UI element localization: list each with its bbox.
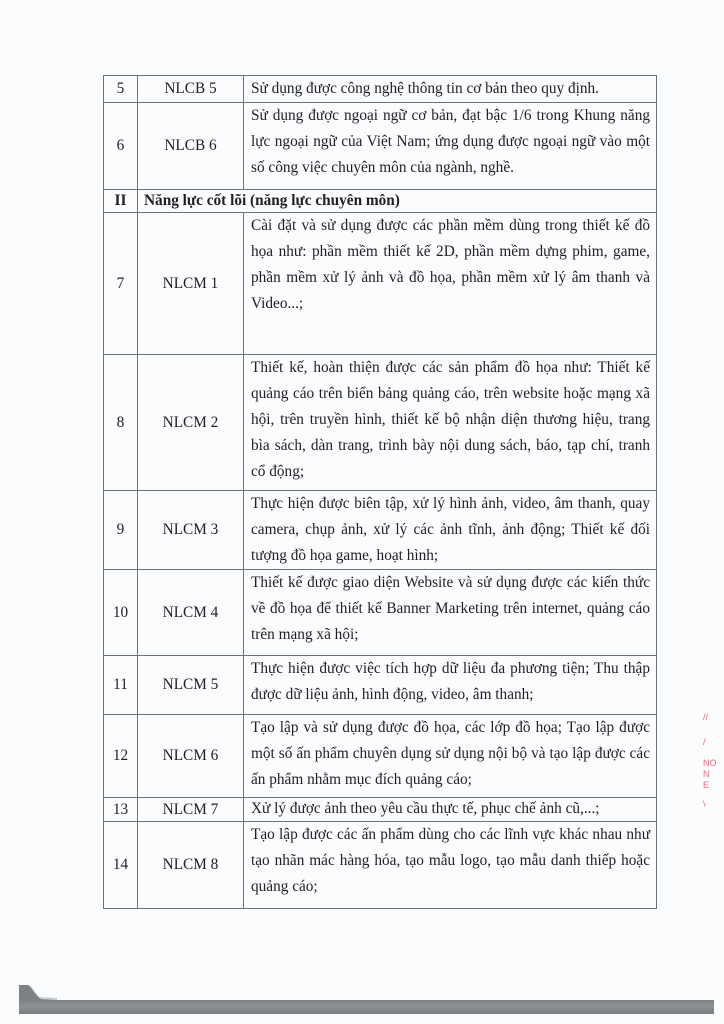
table-row: 7 NLCM 1 Cài đặt và sử dụng được các phầ… <box>104 213 657 355</box>
row-number: 5 <box>104 76 138 103</box>
stamp-text: // <box>703 712 724 723</box>
competency-description: Thiết kế, hoàn thiện được các sản phẩm đ… <box>244 355 657 491</box>
competency-code: NLCM 6 <box>138 715 244 798</box>
stamp-text: N <box>703 769 724 780</box>
table-row: 6 NLCB 6 Sử dụng được ngoại ngữ cơ bản, … <box>104 103 657 190</box>
red-stamp-fragment: // / NO N E \ <box>703 712 724 827</box>
competency-description: Thiết kế được giao diện Website và sử dụ… <box>244 570 657 656</box>
competency-description: Thực hiện được việc tích hợp dữ liệu đa … <box>244 656 657 715</box>
section-title: Năng lực cốt lõi (năng lực chuyên môn) <box>138 190 657 213</box>
competency-description: Sử dụng được ngoại ngữ cơ bản, đạt bậc 1… <box>244 103 657 190</box>
competency-code: NLCM 5 <box>138 656 244 715</box>
stamp-text: / <box>703 737 724 748</box>
table-row: 11 NLCM 5 Thực hiện được việc tích hợp d… <box>104 656 657 715</box>
table-row: 12 NLCM 6 Tạo lập và sử dụng được đồ họa… <box>104 715 657 798</box>
competency-code: NLCB 6 <box>138 103 244 190</box>
competency-description: Thực hiện được biên tập, xử lý hình ảnh,… <box>244 491 657 570</box>
row-number: 14 <box>104 822 138 909</box>
stamp-text: E <box>703 780 724 791</box>
document-page: 5 NLCB 5 Sử dụng được công nghệ thông ti… <box>0 0 724 1024</box>
table-row: 5 NLCB 5 Sử dụng được công nghệ thông ti… <box>104 76 657 103</box>
competency-code: NLCM 2 <box>138 355 244 491</box>
table-row: 10 NLCM 4 Thiết kế được giao diện Websit… <box>104 570 657 656</box>
competency-code: NLCB 5 <box>138 76 244 103</box>
stamp-text: \ <box>703 799 724 810</box>
row-number: 8 <box>104 355 138 491</box>
footer-band <box>19 1000 714 1014</box>
row-number: 9 <box>104 491 138 570</box>
section-header-row: II Năng lực cốt lõi (năng lực chuyên môn… <box>104 190 657 213</box>
competency-code: NLCM 4 <box>138 570 244 656</box>
row-number: 12 <box>104 715 138 798</box>
row-number: 6 <box>104 103 138 190</box>
section-number: II <box>104 190 138 213</box>
competency-code: NLCM 8 <box>138 822 244 909</box>
competency-description: Cài đặt và sử dụng được các phần mềm dùn… <box>244 213 657 355</box>
row-number: 10 <box>104 570 138 656</box>
competency-code: NLCM 3 <box>138 491 244 570</box>
competency-description: Sử dụng được công nghệ thông tin cơ bản … <box>244 76 657 103</box>
competency-description: Tạo lập được các ấn phẩm dùng cho các lĩ… <box>244 822 657 909</box>
table-row: 8 NLCM 2 Thiết kế, hoàn thiện được các s… <box>104 355 657 491</box>
row-number: 13 <box>104 798 138 822</box>
row-number: 11 <box>104 656 138 715</box>
competency-description: Xử lý được ảnh theo yêu cầu thực tế, phụ… <box>244 798 657 822</box>
stamp-text: NO <box>703 758 724 769</box>
competency-code: NLCM 1 <box>138 213 244 355</box>
row-number: 7 <box>104 213 138 355</box>
competency-description: Tạo lập và sử dụng được đồ họa, các lớp … <box>244 715 657 798</box>
table-row: 14 NLCM 8 Tạo lập được các ấn phẩm dùng … <box>104 822 657 909</box>
competency-table: 5 NLCB 5 Sử dụng được công nghệ thông ti… <box>103 75 657 909</box>
table-row: 9 NLCM 3 Thực hiện được biên tập, xử lý … <box>104 491 657 570</box>
table-row: 13 NLCM 7 Xử lý được ảnh theo yêu cầu th… <box>104 798 657 822</box>
competency-code: NLCM 7 <box>138 798 244 822</box>
